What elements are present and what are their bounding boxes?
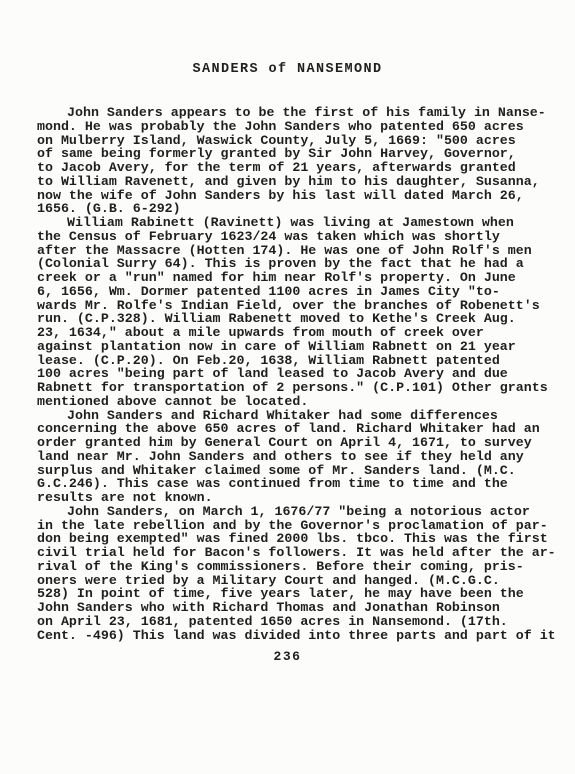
text-line: John Sanders appears to be the first of … — [37, 106, 557, 120]
text-line: John Sanders and Richard Whitaker had so… — [37, 409, 557, 423]
text-line: to Jacob Avery, for the term of 21 years… — [37, 161, 557, 175]
text-line: G.C.246). This case was continued from t… — [37, 477, 557, 491]
text-line: in the late rebellion and by the Governo… — [37, 519, 557, 533]
text-line: 100 acres "being part of land leased to … — [37, 367, 557, 381]
text-line: now the wife of John Sanders by his last… — [37, 189, 557, 203]
text-line: concerning the above 650 acres of land. … — [37, 422, 557, 436]
text-line: mentioned above cannot be located. — [37, 395, 557, 409]
text-line: 23, 1634," about a mile upwards from mou… — [37, 326, 557, 340]
text-line: of same being formerly granted by Sir Jo… — [37, 147, 557, 161]
text-line: 528) In point of time, five years later,… — [37, 587, 557, 601]
text-line: rival of the King's commissioners. Befor… — [37, 560, 557, 574]
text-line: oners were tried by a Military Court and… — [37, 574, 557, 588]
text-line: Cent. -496) This land was divided into t… — [37, 629, 557, 643]
text-line: the Census of February 1623/24 was taken… — [37, 230, 557, 244]
text-line: results are not known. — [37, 491, 557, 505]
text-line: run. (C.P.328). William Rabenett moved t… — [37, 312, 557, 326]
text-line: to William Ravenett, and given by him to… — [37, 175, 557, 189]
text-line: Rabnett for transportation of 2 persons.… — [37, 381, 557, 395]
text-line: 1656. (G.B. 6-292) — [37, 202, 557, 216]
text-line: John Sanders who with Richard Thomas and… — [37, 601, 557, 615]
text-line: mond. He was probably the John Sanders w… — [37, 120, 557, 134]
page-number: 236 — [0, 649, 575, 664]
text-line: on Mulberry Island, Waswick County, July… — [37, 134, 557, 148]
text-line: William Rabinett (Ravinett) was living a… — [37, 216, 557, 230]
text-line: on April 23, 1681, patented 1650 acres i… — [37, 615, 557, 629]
text-line: order granted him by General Court on Ap… — [37, 436, 557, 450]
text-line: creek or a "run" named for him near Rolf… — [37, 271, 557, 285]
text-line: civil trial held for Bacon's followers. … — [37, 546, 557, 560]
text-line: don being exempted" was fined 2000 lbs. … — [37, 532, 557, 546]
text-line: against plantation now in care of Willia… — [37, 340, 557, 354]
body-text: John Sanders appears to be the first of … — [37, 106, 557, 642]
scanned-book-page: SANDERS of NANSEMOND John Sanders appear… — [0, 0, 575, 774]
text-line: wards Mr. Rolfe's Indian Field, over the… — [37, 299, 557, 313]
text-line: after the Massacre (Hotten 174). He was … — [37, 244, 557, 258]
text-line: surplus and Whitaker claimed some of Mr.… — [37, 464, 557, 478]
page-title: SANDERS of NANSEMOND — [0, 62, 575, 77]
text-line: (Colonial Surry 64). This is proven by t… — [37, 257, 557, 271]
text-line: 6, 1656, Wm. Dormer patented 1100 acres … — [37, 285, 557, 299]
text-line: lease. (C.P.20). On Feb.20, 1638, Willia… — [37, 354, 557, 368]
text-line: John Sanders, on March 1, 1676/77 "being… — [37, 505, 557, 519]
text-line: land near Mr. John Sanders and others to… — [37, 450, 557, 464]
